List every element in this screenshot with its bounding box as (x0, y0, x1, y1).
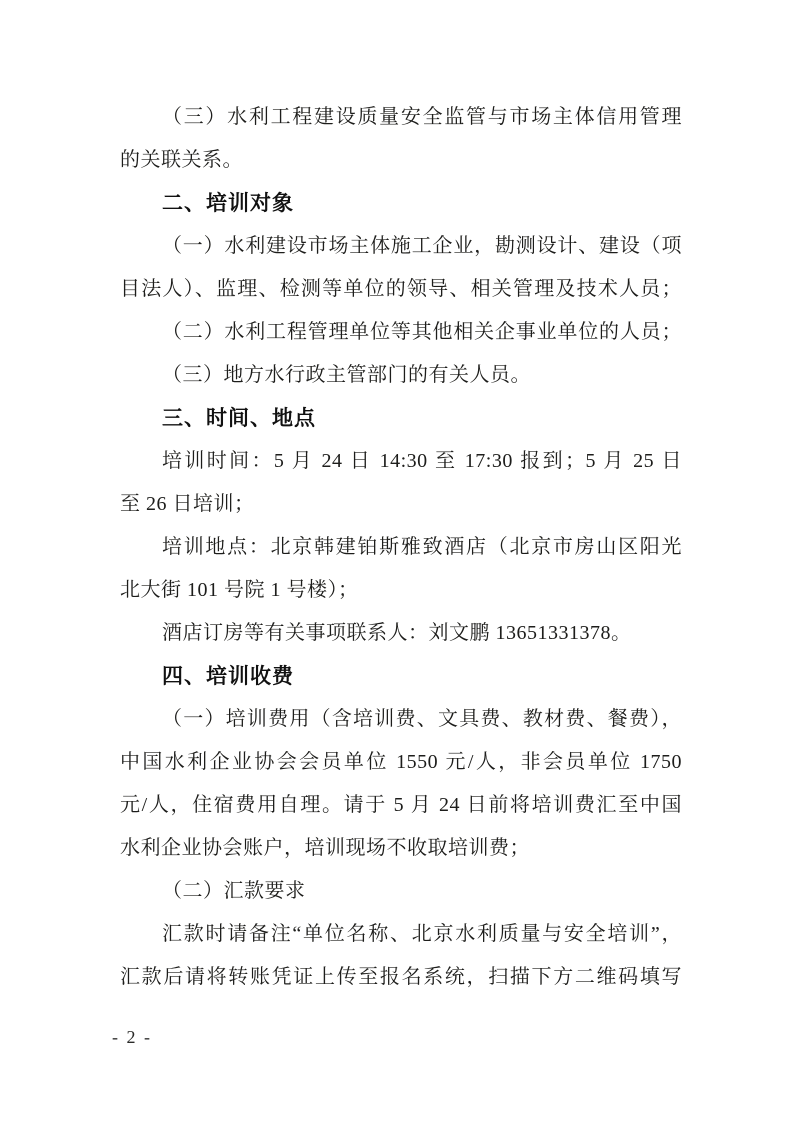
text-line: 培训地点：北京韩建铂斯雅致酒店（北京市房山区阳光 (120, 526, 682, 569)
text-line: 三、时间、地点 (120, 397, 682, 440)
text-line: （二）水利工程管理单位等其他相关企事业单位的人员； (120, 311, 682, 354)
document-body: （三）水利工程建设质量安全监管与市场主体信用管理的关联关系。二、培训对象（一）水… (120, 96, 682, 999)
text-line: 四、培训收费 (120, 655, 682, 698)
text-line: 酒店订房等有关事项联系人：刘文鹏 13651331378。 (120, 612, 682, 655)
text-line: （二）汇款要求 (120, 870, 682, 913)
text-line: （三）水利工程建设质量安全监管与市场主体信用管理 (120, 96, 682, 139)
text-line: 汇款时请备注“单位名称、北京水利质量与安全培训”， (120, 913, 682, 956)
text-line: 水利企业协会账户，培训现场不收取培训费； (120, 827, 682, 870)
text-line: 元/人，住宿费用自理。请于 5 月 24 日前将培训费汇至中国 (120, 784, 682, 827)
text-line: 至 26 日培训； (120, 483, 682, 526)
text-line: 二、培训对象 (120, 182, 682, 225)
page-number: - 2 - (112, 1016, 152, 1059)
text-line: （一）培训费用（含培训费、文具费、教材费、餐费）， (120, 698, 682, 741)
text-line: （一）水利建设市场主体施工企业，勘测设计、建设（项 (120, 225, 682, 268)
text-line: 中国水利企业协会会员单位 1550 元/人，非会员单位 1750 (120, 741, 682, 784)
text-line: 目法人）、监理、检测等单位的领导、相关管理及技术人员； (120, 268, 682, 311)
text-line: （三）地方水行政主管部门的有关人员。 (120, 354, 682, 397)
text-line: 的关联关系。 (120, 139, 682, 182)
document-page: （三）水利工程建设质量安全监管与市场主体信用管理的关联关系。二、培训对象（一）水… (0, 0, 800, 1131)
text-line: 汇款后请将转账凭证上传至报名系统，扫描下方二维码填写 (120, 956, 682, 999)
text-line: 北大街 101 号院 1 号楼）； (120, 569, 682, 612)
text-line: 培训时间：5 月 24 日 14:30 至 17:30 报到；5 月 25 日 (120, 440, 682, 483)
